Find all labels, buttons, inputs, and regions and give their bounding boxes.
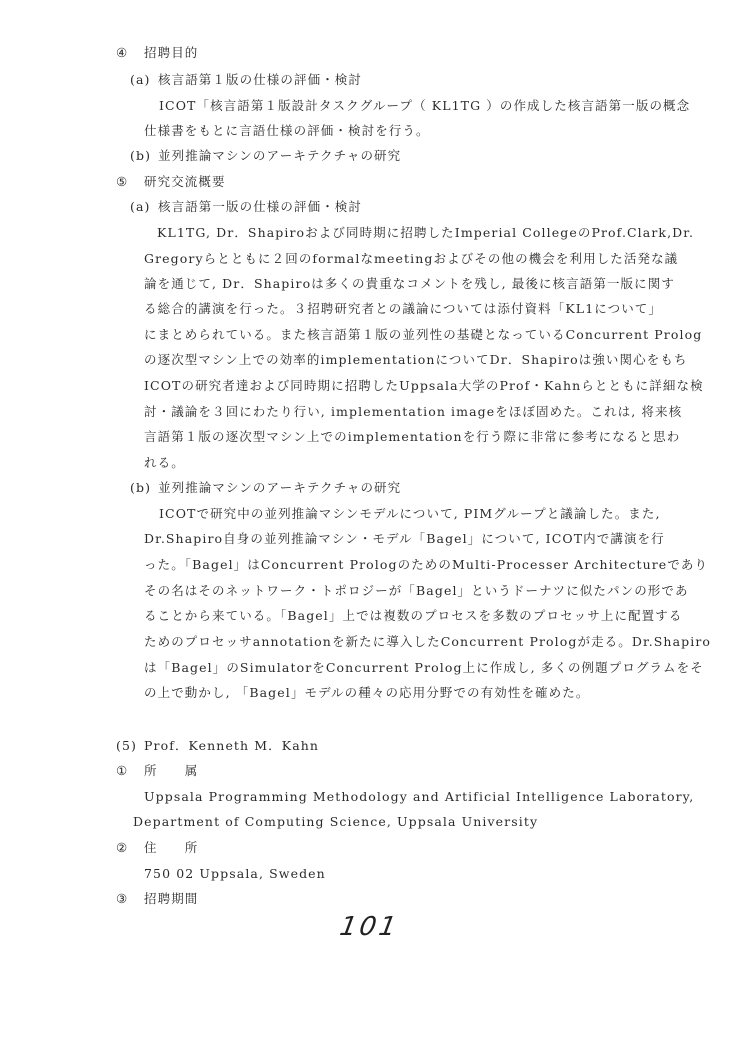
paragraph-line: の上で動かし, 「Bagel」モデルの種々の応用分野での有効性を確めた。 bbox=[144, 685, 589, 701]
subsection-heading: (a)核言語第１版の仕様の評価・検討 bbox=[130, 72, 362, 88]
section-heading: ②住 所 bbox=[116, 840, 198, 856]
paragraph-line: 論を通じて, Dr．Shapiroは多くの貴重なコメントを残し, 最後に核言語第… bbox=[144, 276, 675, 292]
paragraph-line: にまとめられている。また核言語第１版の並列性の基礎となっているConcurren… bbox=[144, 327, 702, 343]
paragraph-line: の逐次型マシン上での効率的implementationについてDr．Shapir… bbox=[144, 352, 688, 368]
paragraph-line: ICOTで研究中の並列推論マシンモデルについて, PIMグループと議論した。また… bbox=[159, 506, 661, 522]
subsection-heading: (b)並列推論マシンのアーキテクチャの研究 bbox=[130, 148, 401, 164]
subsection-heading: (a)核言語第一版の仕様の評価・検討 bbox=[130, 199, 362, 215]
section-heading: ④招聘目的 bbox=[116, 45, 198, 61]
paragraph-line: れる。 bbox=[144, 455, 185, 471]
paragraph-line: Department of Computing Science, Uppsala… bbox=[133, 814, 538, 830]
section-heading: ①所 属 bbox=[116, 763, 198, 779]
paragraph-line: 討・議論を３回にわたり行い, implementation imageをほぼ固め… bbox=[144, 404, 682, 420]
paragraph-line: 仕様書をもとに言語仕様の評価・検討を行う。 bbox=[144, 123, 430, 139]
section-heading: ③招聘期間 bbox=[116, 891, 198, 907]
paragraph-line: Gregoryらとともに２回のformalなmeetingおよびその他の機会を利… bbox=[144, 251, 678, 267]
paragraph-line: る総合的講演を行った。３招聘研究者との議論については添付資料「KL1について」 bbox=[144, 301, 662, 317]
paragraph-line: Uppsala Programming Methodology and Arti… bbox=[144, 789, 694, 805]
paragraph-line: った。「Bagel」はConcurrent PrologのためのMulti-Pr… bbox=[144, 557, 708, 573]
paragraph-line: KL1TG, Dr．Shapiroおよび同時期に招聘したImperial Col… bbox=[157, 225, 694, 241]
paragraph-line: 750 02 Uppsala, Sweden bbox=[144, 866, 326, 882]
paragraph-line: Dr.Shapiro自身の並列推論マシン・モデル「Bagel」について, ICO… bbox=[144, 531, 665, 547]
section-heading: ⑤研究交流概要 bbox=[116, 174, 226, 190]
paragraph-line: ICOT「核言語第１版設計タスクグループ（ KL1TG ）の作成した核言語第一版… bbox=[159, 98, 690, 114]
paragraph-line: 言語第１版の逐次型マシン上でのimplementationを行う際に非常に参考に… bbox=[144, 429, 680, 445]
section-heading: (5)Prof．Kenneth M．Kahn bbox=[116, 738, 319, 754]
page-number: 101 bbox=[337, 912, 401, 942]
paragraph-line: ためのプロセッサannotationを新たに導入したConcurrent Pro… bbox=[144, 634, 711, 650]
paragraph-line: ることから来ている。「Bagel」上では複数のプロセスを多数のプロセッサ上に配置… bbox=[144, 608, 683, 624]
paragraph-line: その名はそのネットワーク・トポロジーが「Bagel」というドーナツに似たパンの形… bbox=[144, 583, 689, 599]
subsection-heading: (b)並列推論マシンのアーキテクチャの研究 bbox=[130, 480, 401, 496]
paragraph-line: ICOTの研究者達および同時期に招聘したUppsala大学のProf・Kahnら… bbox=[144, 378, 704, 394]
paragraph-line: は「Bagel」のSimulatorをConcurrent Prolog上に作成… bbox=[144, 660, 704, 676]
